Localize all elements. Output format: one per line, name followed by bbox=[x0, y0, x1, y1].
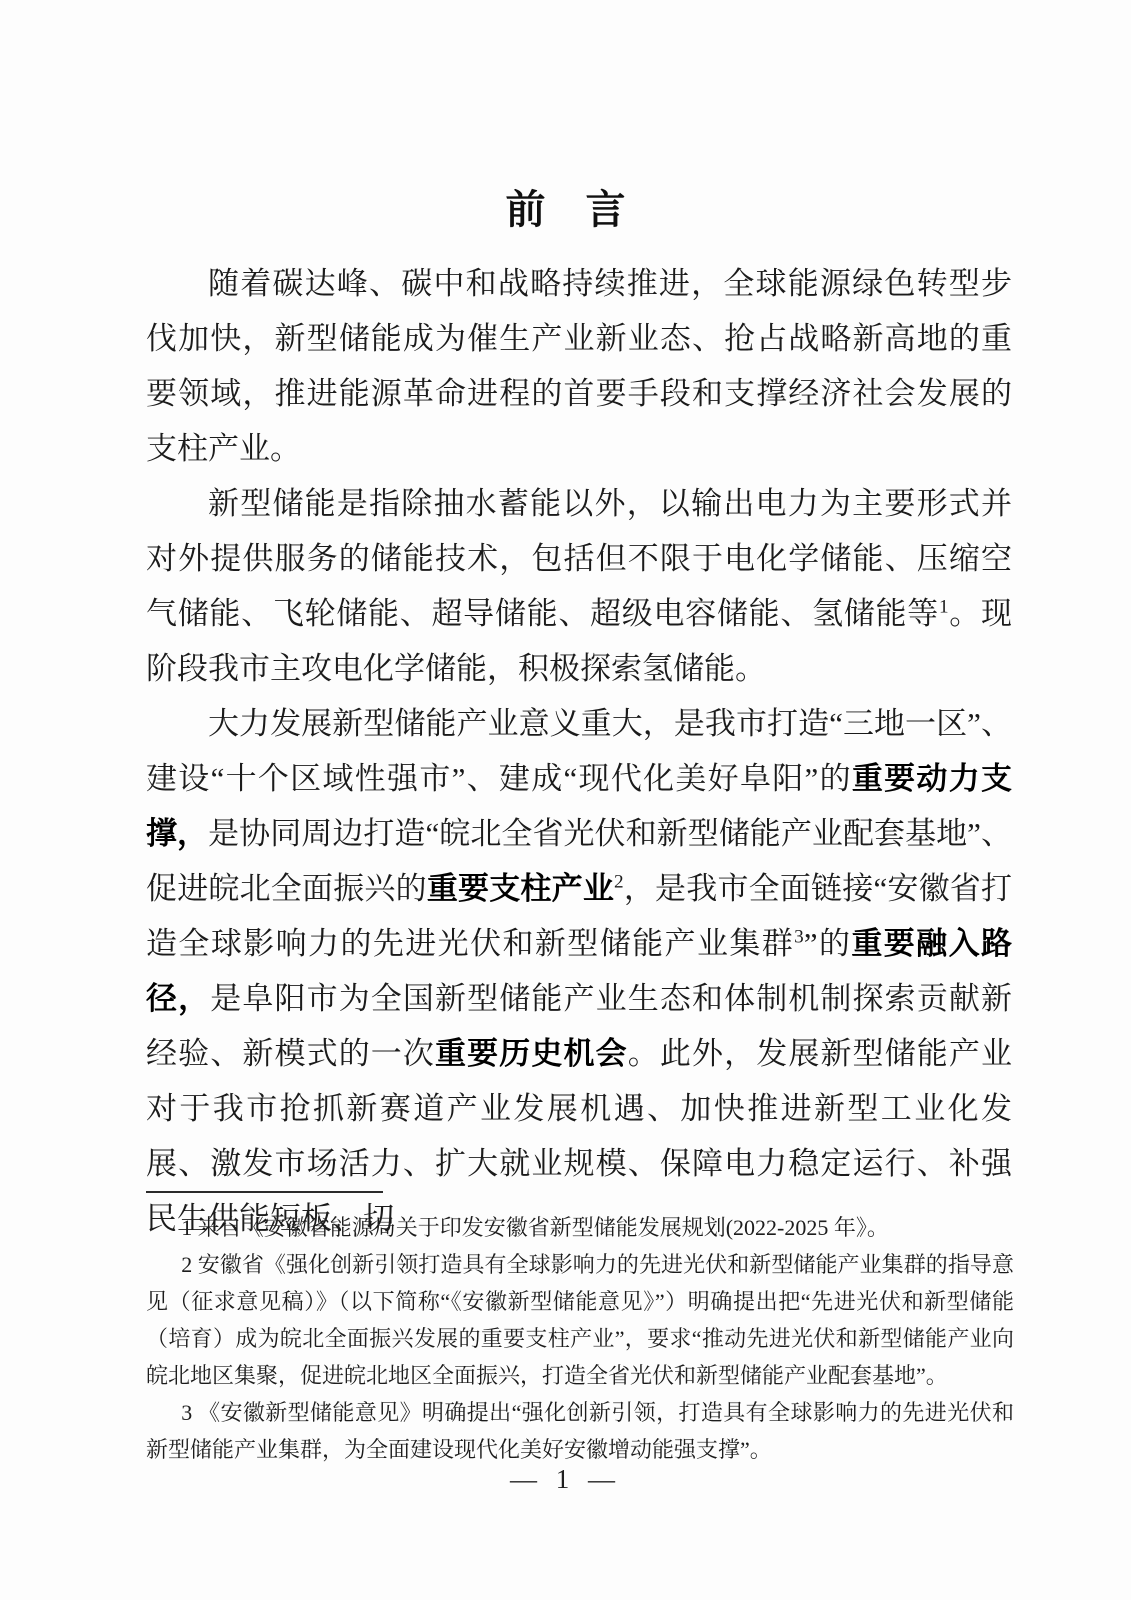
footnotes-section: 1 来自《安徽省能源局关于印发安徽省新型储能发展规划(2022-2025 年》。… bbox=[146, 1183, 1014, 1468]
body-paragraph: 大力发展新型储能产业意义重大，是我市打造“三地一区”、建设“十个区域性强市”、建… bbox=[146, 696, 1012, 1246]
footnote-item: 2 安徽省《强化创新引领打造具有全球影响力的先进光伏和新型储能产业集群的指导意见… bbox=[146, 1246, 1014, 1394]
body-paragraph: 新型储能是指除抽水蓄能以外，以输出电力为主要形式并对外提供服务的储能技术，包括但… bbox=[146, 476, 1012, 696]
footnote-reference: 1 bbox=[939, 597, 949, 618]
body-paragraph: 随着碳达峰、碳中和战略持续推进，全球能源绿色转型步伐加快，新型储能成为催生产业新… bbox=[146, 256, 1012, 476]
text-run: 随着碳达峰、碳中和战略持续推进，全球能源绿色转型步伐加快，新型储能成为催生产业新… bbox=[146, 266, 1012, 466]
bold-text-run: 重要支柱产业 bbox=[427, 871, 614, 906]
document-page: 前 言 随着碳达峰、碳中和战略持续推进，全球能源绿色转型步伐加快，新型储能成为催… bbox=[0, 0, 1131, 1600]
body-content: 随着碳达峰、碳中和战略持续推进，全球能源绿色转型步伐加快，新型储能成为催生产业新… bbox=[146, 256, 1012, 1246]
bold-text-run: 重要历史机会 bbox=[435, 1036, 628, 1071]
footnote-reference: 2 bbox=[614, 872, 624, 893]
footnote-separator bbox=[146, 1191, 383, 1193]
footnote-list: 1 来自《安徽省能源局关于印发安徽省新型储能发展规划(2022-2025 年》。… bbox=[146, 1209, 1014, 1468]
footnote-reference: 3 bbox=[794, 927, 804, 948]
text-run: 新型储能是指除抽水蓄能以外，以输出电力为主要形式并对外提供服务的储能技术，包括但… bbox=[146, 486, 1012, 631]
footnote-item: 1 来自《安徽省能源局关于印发安徽省新型储能发展规划(2022-2025 年》。 bbox=[146, 1209, 1014, 1246]
text-run: ”的 bbox=[804, 926, 852, 961]
page-number: — 1 — bbox=[0, 1464, 1131, 1495]
footnote-item: 3 《安徽新型储能意见》明确提出“强化创新引领，打造具有全球影响力的先进光伏和新… bbox=[146, 1394, 1014, 1468]
page-title: 前 言 bbox=[0, 186, 1131, 234]
